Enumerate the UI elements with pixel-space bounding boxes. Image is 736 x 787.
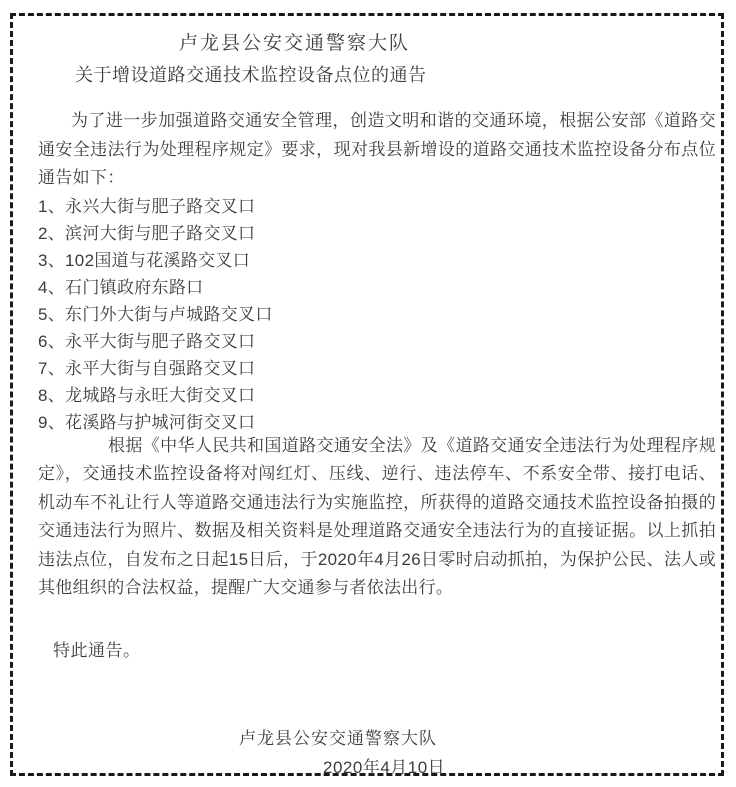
legal-paragraph: 根据《中华人民共和国道路交通安全法》及《道路交通安全违法行为处理程序规定》，交通… — [38, 432, 716, 603]
location-list: 1、永兴大街与肥子路交叉口 2、滨河大街与肥子路交叉口 3、102国道与花溪路交… — [38, 193, 716, 436]
issuer-signature: 卢龙县公安交通警察大队 — [239, 727, 716, 751]
issue-date: 2020年4月10日 — [323, 756, 716, 780]
location-item-1: 1、永兴大街与肥子路交叉口 — [38, 193, 716, 220]
document-org-title: 卢龙县公安交通警察大队 — [179, 33, 716, 55]
notice-document: 卢龙县公安交通警察大队 关于增设道路交通技术监控设备点位的通告 为了进一步加强道… — [10, 13, 724, 776]
location-item-7: 7、永平大街与自强路交叉口 — [38, 355, 716, 382]
location-item-4: 4、石门镇政府东路口 — [38, 274, 716, 301]
location-item-8: 8、龙城路与永旺大街交叉口 — [38, 382, 716, 409]
location-item-5: 5、东门外大街与卢城路交叉口 — [38, 301, 716, 328]
closing-statement: 特此通告。 — [53, 641, 716, 661]
location-item-2: 2、滨河大街与肥子路交叉口 — [38, 220, 716, 247]
location-item-3: 3、102国道与花溪路交叉口 — [38, 247, 716, 274]
document-subject-title: 关于增设道路交通技术监控设备点位的通告 — [75, 64, 716, 86]
intro-paragraph: 为了进一步加强道路交通安全管理，创造文明和谐的交通环境，根据公安部《道路交通安全… — [38, 107, 716, 193]
location-item-6: 6、永平大街与肥子路交叉口 — [38, 328, 716, 355]
